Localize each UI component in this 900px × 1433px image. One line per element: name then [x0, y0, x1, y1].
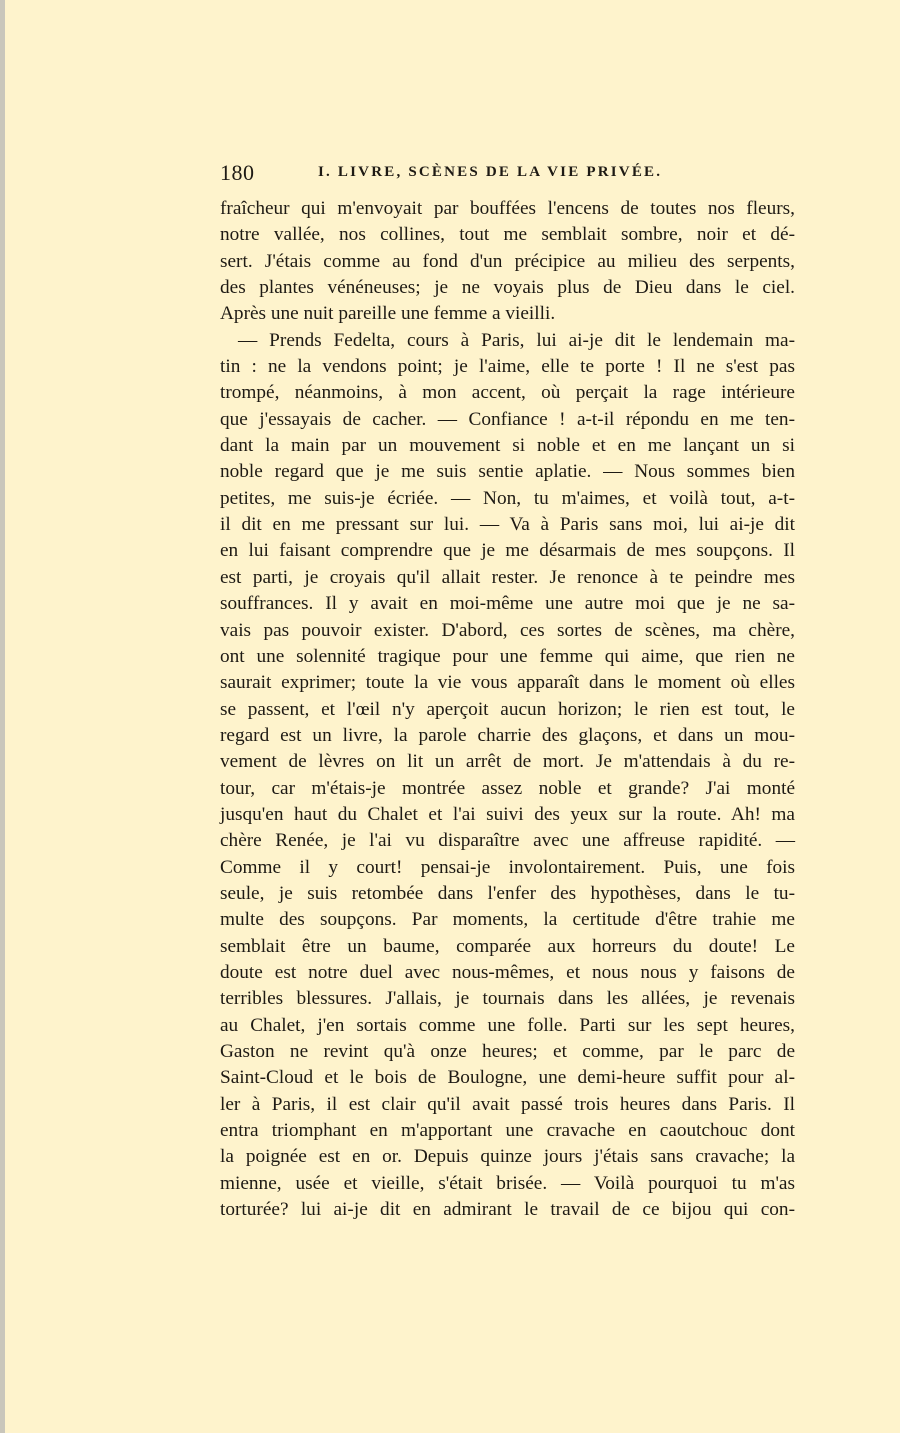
- running-head-title: I. LIVRE, SCÈNES DE LA VIE PRIVÉE.: [318, 164, 662, 181]
- page-number: 180: [220, 160, 255, 186]
- body-text: fraîcheur qui m'envoyait par bouffées l'…: [220, 196, 795, 1223]
- text-line: dant la main par un mouvement si noble e…: [220, 433, 795, 459]
- text-line: ont une solennité tragique pour une femm…: [220, 644, 795, 670]
- text-line: semblait être un baume, comparée aux hor…: [220, 934, 795, 960]
- text-line: tin : ne la vendons point; je l'aime, el…: [220, 354, 795, 380]
- text-line: chère Renée, je l'ai vu disparaître avec…: [220, 828, 795, 854]
- text-line: des plantes vénéneuses; je ne voyais plu…: [220, 275, 795, 301]
- text-line: Comme il y court! pensai-je involontaire…: [220, 855, 795, 881]
- text-line: doute est notre duel avec nous-mêmes, et…: [220, 960, 795, 986]
- text-line: jusqu'en haut du Chalet et l'ai suivi de…: [220, 802, 795, 828]
- text-line: vais pas pouvoir exister. D'abord, ces s…: [220, 618, 795, 644]
- text-line: torturée? lui ai-je dit en admirant le t…: [220, 1197, 795, 1223]
- text-line: se passent, et l'œil n'y aperçoit aucun …: [220, 697, 795, 723]
- running-head: 180 I. LIVRE, SCÈNES DE LA VIE PRIVÉE.: [220, 160, 795, 188]
- text-line: est parti, je croyais qu'il allait reste…: [220, 565, 795, 591]
- text-line: saurait exprimer; toute la vie vous appa…: [220, 670, 795, 696]
- text-line: Gaston ne revint qu'à onze heures; et co…: [220, 1039, 795, 1065]
- text-line: seule, je suis retombée dans l'enfer des…: [220, 881, 795, 907]
- text-line: mienne, usée et vieille, s'était brisée.…: [220, 1171, 795, 1197]
- text-line: trompé, néanmoins, à mon accent, où perç…: [220, 380, 795, 406]
- text-line: sert. J'étais comme au fond d'un précipi…: [220, 249, 795, 275]
- text-line: souffrances. Il y avait en moi-même une …: [220, 591, 795, 617]
- text-line: fraîcheur qui m'envoyait par bouffées l'…: [220, 196, 795, 222]
- text-line: petites, me suis-je écriée. — Non, tu m'…: [220, 486, 795, 512]
- text-line: multe des soupçons. Par moments, la cert…: [220, 907, 795, 933]
- text-line: terribles blessures. J'allais, je tourna…: [220, 986, 795, 1012]
- text-line: en lui faisant comprendre que je me désa…: [220, 538, 795, 564]
- text-line: vement de lèvres on lit un arrêt de mort…: [220, 749, 795, 775]
- text-line: au Chalet, j'en sortais comme une folle.…: [220, 1013, 795, 1039]
- text-line: tour, car m'étais-je montrée assez noble…: [220, 776, 795, 802]
- text-line: notre vallée, nos collines, tout me semb…: [220, 222, 795, 248]
- text-line: noble regard que je me suis sentie aplat…: [220, 459, 795, 485]
- text-line: il dit en me pressant sur lui. — Va à Pa…: [220, 512, 795, 538]
- text-line: ler à Paris, il est clair qu'il avait pa…: [220, 1092, 795, 1118]
- text-line: Après une nuit pareille une femme a viei…: [220, 301, 795, 327]
- text-line: que j'essayais de cacher. — Confiance ! …: [220, 407, 795, 433]
- text-line: — Prends Fedelta, cours à Paris, lui ai-…: [220, 328, 795, 354]
- text-line: regard est un livre, la parole charrie d…: [220, 723, 795, 749]
- text-line: Saint-Cloud et le bois de Boulogne, une …: [220, 1065, 795, 1091]
- text-line: la poignée est en or. Depuis quinze jour…: [220, 1144, 795, 1170]
- text-line: entra triomphant en m'apportant une crav…: [220, 1118, 795, 1144]
